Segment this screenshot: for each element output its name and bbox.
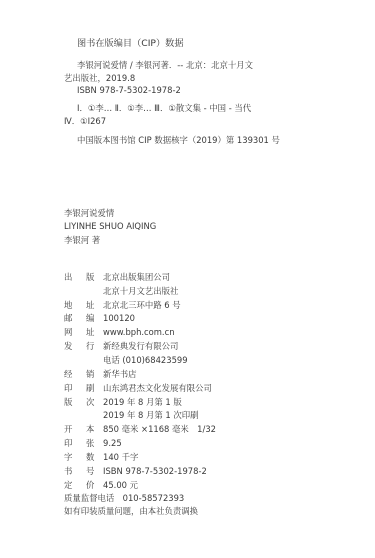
cip-isbn: ISBN 978-7-5302-1978-2 [77, 85, 181, 96]
colophon-value: 新经典发行有限公司 [103, 341, 178, 352]
colophon-label: 刷 [86, 383, 103, 394]
colophon-label: 张 [86, 438, 103, 449]
colophon-label: 出 [64, 272, 86, 283]
colophon-row-price: 定价45.00 元 [64, 480, 138, 491]
colophon-label: 经 [64, 369, 86, 380]
colophon-label: 发 [64, 341, 86, 352]
colophon-label: 版 [64, 397, 86, 408]
cip-record-line1: 李银河说爱情 / 李银河著．-- 北京：北京十月文 [77, 60, 253, 71]
colophon-row-seller: 经销新华书店 [64, 369, 137, 380]
colophon-value: 2019 年 8 月第 1 版 [103, 397, 182, 408]
colophon-value: 9.25 [103, 438, 122, 449]
colophon-row-sheets: 印张9.25 [64, 438, 122, 449]
quality-notice: 如有印装质量问题，由本社负责调换 [64, 506, 198, 517]
colophon-label: 书 [64, 466, 86, 477]
colophon-label: 编 [86, 313, 103, 324]
colophon-label: 数 [86, 452, 103, 463]
colophon-row-website: 网址www.bph.com.cn [64, 327, 175, 338]
book-title: 李银河说爱情 [64, 208, 114, 219]
colophon-row-address: 地址北京北三环中路 6 号 [64, 300, 181, 311]
colophon-row-edition: 版次2019 年 8 月第 1 版 [64, 397, 182, 408]
colophon-value: 850 毫米 ×1168 毫米 1/32 [103, 424, 216, 435]
colophon-label: 价 [86, 480, 103, 491]
quality-hotline: 质量监督电话 010-58572393 [64, 493, 184, 504]
cip-subjects-line1: Ⅰ．①李… Ⅱ．①李… Ⅲ．①散文集 - 中国 - 当代 [77, 103, 251, 114]
colophon-label: 版 [86, 272, 103, 283]
colophon-value: 140 千字 [103, 452, 138, 463]
colophon-row-phone: 电话 (010)68423599 [64, 355, 188, 366]
colophon-row-distributor: 发行新经典发行有限公司 [64, 341, 178, 352]
colophon-value: 2019 年 8 月第 1 次印刷 [103, 410, 199, 421]
colophon-value: 新华书店 [103, 369, 137, 380]
colophon-label: 网 [64, 327, 86, 338]
cip-heading: 图书在版编目（CIP）数据 [77, 38, 184, 49]
book-pinyin: LIYINHE SHUO AIQING [64, 221, 156, 232]
colophon-row-isbn: 书号ISBN 978-7-5302-1978-2 [64, 466, 207, 477]
colophon-value: 45.00 元 [103, 480, 138, 491]
colophon-value: 北京出版集团公司 [103, 272, 170, 283]
colophon-row-printer: 印刷山东鸿君杰文化发展有限公司 [64, 383, 212, 394]
colophon-row-publisher-2: 北京十月文艺出版社 [64, 286, 178, 297]
colophon-row-printing: 2019 年 8 月第 1 次印刷 [64, 410, 199, 421]
colophon-label: 定 [64, 480, 86, 491]
colophon-label: 址 [86, 327, 103, 338]
colophon-value: ISBN 978-7-5302-1978-2 [103, 466, 207, 477]
cip-record-line2: 艺出版社，2019.8 [64, 73, 135, 84]
colophon-value: 山东鸿君杰文化发展有限公司 [103, 383, 212, 394]
colophon-label: 行 [86, 341, 103, 352]
colophon-label: 字 [64, 452, 86, 463]
colophon-value: 北京北三环中路 6 号 [103, 300, 181, 311]
colophon-label: 印 [64, 438, 86, 449]
colophon-label: 址 [86, 300, 103, 311]
colophon-label: 号 [86, 466, 103, 477]
colophon-value: 100120 [103, 313, 135, 324]
cip-number: 中国版本图书馆 CIP 数据核字（2019）第 139301 号 [77, 135, 280, 146]
colophon-row-publisher: 出版北京出版集团公司 [64, 272, 170, 283]
colophon-row-wordcount: 字数140 千字 [64, 452, 138, 463]
colophon-label: 本 [86, 424, 103, 435]
colophon-label: 地 [64, 300, 86, 311]
cip-subjects-line2: Ⅳ．①I267 [64, 116, 106, 127]
colophon-row-format: 开本850 毫米 ×1168 毫米 1/32 [64, 424, 216, 435]
colophon-label: 次 [86, 397, 103, 408]
colophon-label: 销 [86, 369, 103, 380]
colophon-value: www.bph.com.cn [103, 327, 175, 338]
colophon-label: 邮 [64, 313, 86, 324]
book-author: 李银河 著 [64, 235, 100, 246]
colophon-label: 印 [64, 383, 86, 394]
colophon-row-postcode: 邮编100120 [64, 313, 135, 324]
colophon-value: 北京十月文艺出版社 [103, 286, 178, 297]
colophon-value: 电话 (010)68423599 [103, 355, 188, 366]
colophon-label: 开 [64, 424, 86, 435]
